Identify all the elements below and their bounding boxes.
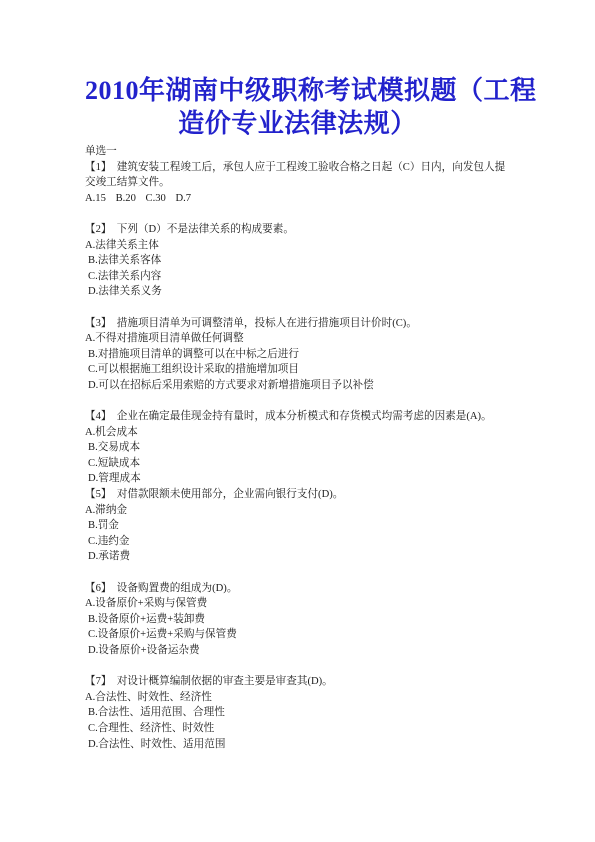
question-4-options: A.机会成本 B.交易成本 C.短缺成本 D.管理成本: [85, 425, 510, 487]
question-1-options: A.15 B.20 C.30 D.7: [85, 191, 510, 207]
option-a: A.15: [85, 193, 106, 204]
option-c: C.法律关系内容: [85, 269, 510, 285]
option-a: A.法律关系主体: [85, 238, 510, 254]
option-c: C.合理性、经济性、时效性: [85, 721, 510, 737]
question-5-options: A.滞纳金 B.罚金 C.违约金 D.承诺费: [85, 503, 510, 565]
option-a: A.机会成本: [85, 425, 510, 441]
section-label: 单选一: [85, 144, 510, 160]
question-4: 【4】 企业在确定最佳现金持有量时，成本分析模式和存货模式均需考虑的因素是(A)…: [85, 409, 510, 487]
option-c: C.违约金: [85, 534, 510, 550]
option-d: D.设备原价+设备运杂费: [85, 643, 510, 659]
question-1-stem: 【1】 建筑安装工程竣工后，承包人应于工程竣工验收合格之日起（C）日内，向发包人…: [85, 160, 510, 191]
option-b: B.法律关系客体: [85, 253, 510, 269]
question-2-options: A.法律关系主体 B.法律关系客体 C.法律关系内容 D.法律关系义务: [85, 238, 510, 300]
question-5-stem: 【5】 对借款限额未使用部分，企业需向银行支付(D)。: [85, 487, 510, 503]
question-3-stem: 【3】 措施项目清单为可调整清单，投标人在进行措施项目计价时(C)。: [85, 316, 510, 332]
option-a: A.设备原价+采购与保管费: [85, 596, 510, 612]
option-b: B.设备原价+运费+装卸费: [85, 612, 510, 628]
option-d: D.可以在招标后采用索赔的方式要求对新增措施项目予以补偿: [85, 378, 510, 394]
title-line-2: 造价专业法律法规）: [85, 107, 510, 140]
option-b: B.20: [116, 193, 136, 204]
question-1: 【1】 建筑安装工程竣工后，承包人应于工程竣工验收合格之日起（C）日内，向发包人…: [85, 160, 510, 207]
option-a: A.不得对措施项目清单做任何调整: [85, 331, 510, 347]
option-d: D.承诺费: [85, 549, 510, 565]
document-body: 单选一 【1】 建筑安装工程竣工后，承包人应于工程竣工验收合格之日起（C）日内，…: [85, 144, 510, 752]
question-2: 【2】 下列（D）不是法律关系的构成要素。 A.法律关系主体 B.法律关系客体 …: [85, 222, 510, 300]
option-c: C.可以根据施工组织设计采取的措施增加项目: [85, 362, 510, 378]
question-6-stem: 【6】 设备购置费的组成为(D)。: [85, 581, 510, 597]
option-a: A.合法性、时效性、经济性: [85, 690, 510, 706]
option-d: D.合法性、时效性、适用范围: [85, 737, 510, 753]
option-b: B.交易成本: [85, 440, 510, 456]
option-d: D.7: [176, 193, 192, 204]
question-6: 【6】 设备购置费的组成为(D)。 A.设备原价+采购与保管费 B.设备原价+运…: [85, 581, 510, 659]
option-c: C.设备原价+运费+采购与保管费: [85, 627, 510, 643]
document-page: 2010年湖南中级职称考试模拟题（工程 造价专业法律法规） 单选一 【1】 建筑…: [0, 0, 595, 842]
question-4-stem: 【4】 企业在确定最佳现金持有量时，成本分析模式和存货模式均需考虑的因素是(A)…: [85, 409, 510, 425]
option-c: C.30: [146, 193, 166, 204]
question-3-options: A.不得对措施项目清单做任何调整 B.对措施项目清单的调整可以在中标之后进行 C…: [85, 331, 510, 393]
question-7-stem: 【7】 对设计概算编制依据的审查主要是审查其(D)。: [85, 674, 510, 690]
option-d: D.法律关系义务: [85, 284, 510, 300]
title-line-1: 2010年湖南中级职称考试模拟题（工程: [85, 74, 510, 107]
question-6-options: A.设备原价+采购与保管费 B.设备原价+运费+装卸费 C.设备原价+运费+采购…: [85, 596, 510, 658]
option-d: D.管理成本: [85, 471, 510, 487]
document-title: 2010年湖南中级职称考试模拟题（工程 造价专业法律法规）: [85, 74, 510, 140]
question-3: 【3】 措施项目清单为可调整清单，投标人在进行措施项目计价时(C)。 A.不得对…: [85, 316, 510, 394]
question-2-stem: 【2】 下列（D）不是法律关系的构成要素。: [85, 222, 510, 238]
option-b: B.罚金: [85, 518, 510, 534]
question-5: 【5】 对借款限额未使用部分，企业需向银行支付(D)。 A.滞纳金 B.罚金 C…: [85, 487, 510, 565]
option-c: C.短缺成本: [85, 456, 510, 472]
question-7: 【7】 对设计概算编制依据的审查主要是审查其(D)。 A.合法性、时效性、经济性…: [85, 674, 510, 752]
option-b: B.合法性、适用范围、合理性: [85, 705, 510, 721]
option-a: A.滞纳金: [85, 503, 510, 519]
option-b: B.对措施项目清单的调整可以在中标之后进行: [85, 347, 510, 363]
question-7-options: A.合法性、时效性、经济性 B.合法性、适用范围、合理性 C.合理性、经济性、时…: [85, 690, 510, 752]
